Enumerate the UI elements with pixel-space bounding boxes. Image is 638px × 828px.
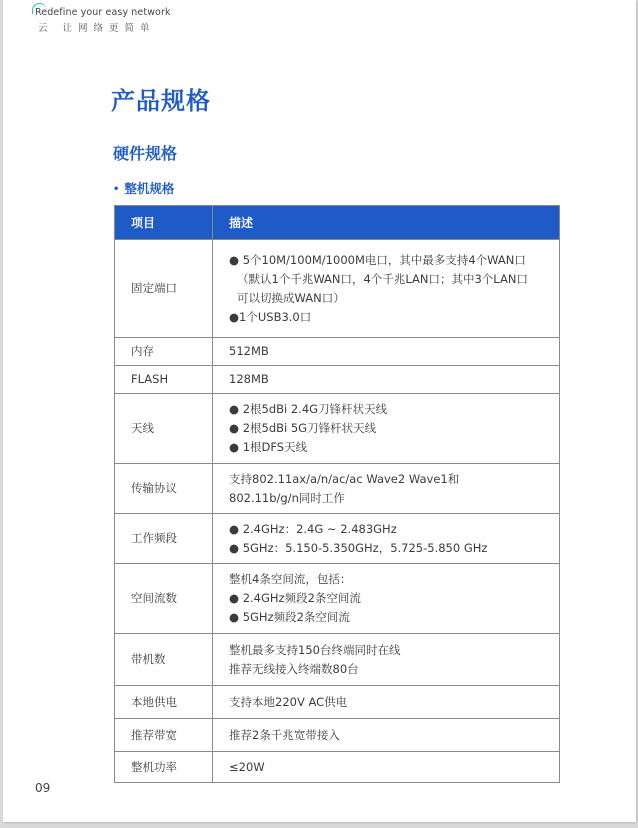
description-line: ● 2.4GHz频段2条空间流 [229,589,559,608]
description-line: 支持802.11ax/a/n/ac/ac Wave2 Wave1和 [229,470,559,489]
spec-table: 项目 描述 固定端口● 5个10M/100M/1000M电口，其中最多支持4个W… [114,205,560,783]
subsection-heading: •整机规格 [113,179,174,197]
spec-description: 支持802.11ax/a/n/ac/ac Wave2 Wave1和802.11b… [213,464,560,514]
description-line: ● 2根5dBi 2.4G刀锋杆状天线 [229,400,559,419]
spec-item: 固定端口 [115,240,213,338]
table-row: 天线● 2根5dBi 2.4G刀锋杆状天线● 2根5dBi 5G刀锋杆状天线● … [115,394,560,464]
spec-description: ● 5个10M/100M/1000M电口，其中最多支持4个WAN口（默认1个千兆… [213,240,560,338]
spec-description: 整机4条空间流，包括：● 2.4GHz频段2条空间流● 5GHz频段2条空间流 [213,564,560,634]
brand-logo: Redefine your easy network 云 让网络更简单 [30,3,190,33]
description-line: ● 5GHz频段2条空间流 [229,608,559,627]
spec-item: 本地供电 [115,686,213,719]
description-line: 推荐2条千兆宽带接入 [229,726,559,745]
spec-item: 内存 [115,338,213,366]
spec-description: 支持本地220V AC供电 [213,686,560,719]
spec-description: 512MB [213,338,560,366]
description-line: 推荐无线接入终端数80台 [229,660,559,679]
spec-description: 整机最多支持150台终端同时在线推荐无线接入终端数80台 [213,634,560,686]
description-line: ● 1根DFS天线 [229,438,559,457]
header-item: 项目 [115,206,213,240]
spec-item: FLASH [115,366,213,394]
spec-item: 带机数 [115,634,213,686]
description-line: ● 5个10M/100M/1000M电口，其中最多支持4个WAN口 [229,251,559,270]
description-line: 可以切换成WAN口） [229,289,559,308]
description-line: ●1个USB3.0口 [229,308,559,327]
page-title: 产品规格 [111,81,211,116]
spec-item: 传输协议 [115,464,213,514]
description-line: ● 2.4GHz：2.4G ~ 2.483GHz [229,520,559,539]
document-page: Redefine your easy network 云 让网络更简单 产品规格… [3,0,636,822]
description-line: 802.11b/g/n同时工作 [229,489,559,508]
spec-item: 推荐带宽 [115,719,213,752]
description-line: ● 2根5dBi 5G刀锋杆状天线 [229,419,559,438]
description-line: 128MB [229,370,559,389]
spec-item: 工作频段 [115,514,213,564]
description-line: 支持本地220V AC供电 [229,693,559,712]
table-row: 空间流数整机4条空间流，包括：● 2.4GHz频段2条空间流● 5GHz频段2条… [115,564,560,634]
table-row: 本地供电支持本地220V AC供电 [115,686,560,719]
spec-item: 整机功率 [115,752,213,783]
tagline-en: Redefine your easy network [35,7,171,18]
table-row: 内存512MB [115,338,560,366]
description-line: ● 5GHz：5.150-5.350GHz，5.725-5.850 GHz [229,539,559,558]
description-line: 整机4条空间流，包括： [229,570,559,589]
spec-description: ≤20W [213,752,560,783]
table-row: 带机数整机最多支持150台终端同时在线推荐无线接入终端数80台 [115,634,560,686]
description-line: （默认1个千兆WAN口，4个千兆LAN口；其中3个LAN口 [229,270,559,289]
description-line: ≤20W [229,758,559,777]
header-desc: 描述 [213,206,560,240]
bullet-icon: • [113,184,119,195]
spec-description: 128MB [213,366,560,394]
description-line: 512MB [229,342,559,361]
section-heading: 硬件规格 [113,141,177,164]
table-row: 工作频段● 2.4GHz：2.4G ~ 2.483GHz● 5GHz：5.150… [115,514,560,564]
spec-item: 天线 [115,394,213,464]
table-row: 推荐带宽推荐2条千兆宽带接入 [115,719,560,752]
table-row: 固定端口● 5个10M/100M/1000M电口，其中最多支持4个WAN口（默认… [115,240,560,338]
page-number: 09 [35,781,50,795]
table-header-row: 项目 描述 [115,206,560,240]
spec-item: 空间流数 [115,564,213,634]
description-line: 整机最多支持150台终端同时在线 [229,641,559,660]
tagline-cn: 云 让网络更简单 [38,20,156,34]
table-row: 整机功率≤20W [115,752,560,783]
spec-description: 推荐2条千兆宽带接入 [213,719,560,752]
spec-description: ● 2根5dBi 2.4G刀锋杆状天线● 2根5dBi 5G刀锋杆状天线● 1根… [213,394,560,464]
table-row: 传输协议支持802.11ax/a/n/ac/ac Wave2 Wave1和802… [115,464,560,514]
table-row: FLASH128MB [115,366,560,394]
spec-description: ● 2.4GHz：2.4G ~ 2.483GHz● 5GHz：5.150-5.3… [213,514,560,564]
